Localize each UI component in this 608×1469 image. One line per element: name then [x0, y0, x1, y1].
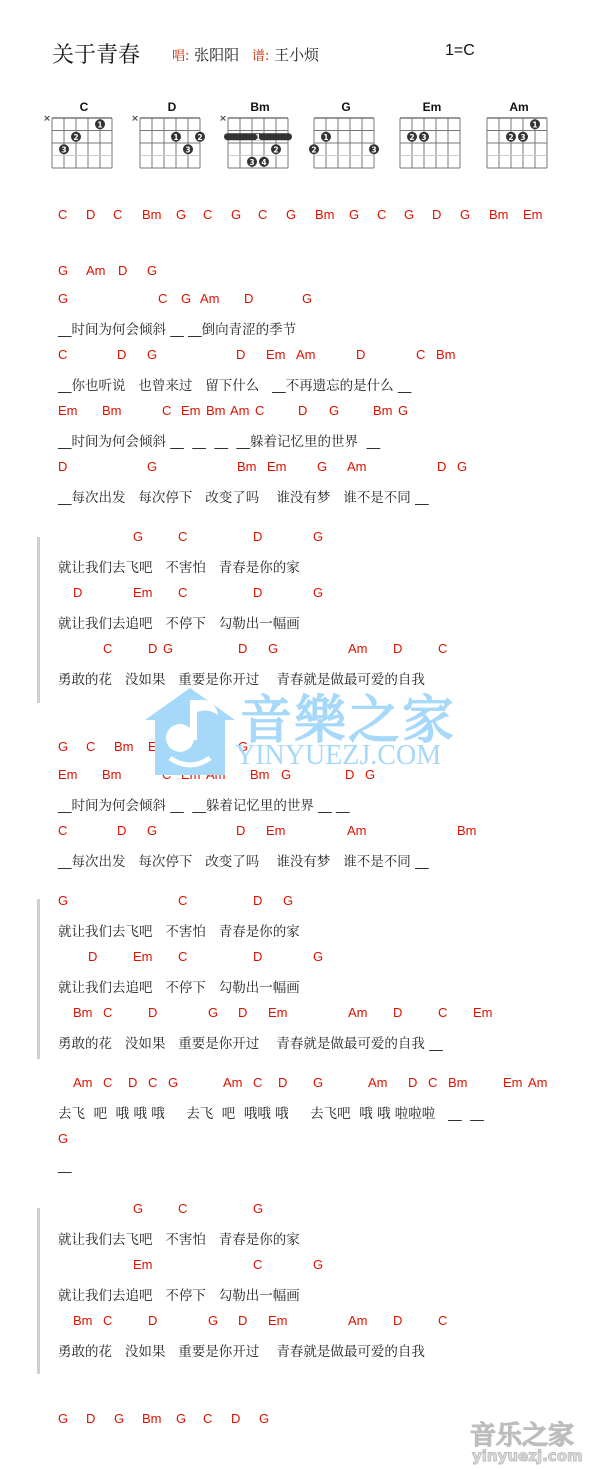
chord-symbol: D [118, 263, 127, 278]
svg-text:3: 3 [371, 145, 376, 154]
chord-symbol: D [253, 585, 262, 600]
chord-symbol: C [178, 1201, 187, 1216]
chord-symbol: Am [348, 1313, 368, 1328]
chord-symbol: G [317, 459, 327, 474]
chord-symbol: G [181, 291, 191, 306]
chord-symbol: C [103, 641, 112, 656]
chord-symbol: D [278, 1075, 287, 1090]
chord-symbol: G [302, 291, 312, 306]
chord-symbol: C [58, 207, 67, 222]
lyric-text: 就让我们去追吧 不停下 勾勒出一幅画 [58, 976, 300, 996]
chord-symbol: G [168, 1075, 178, 1090]
chord-symbol: G [133, 529, 143, 544]
chord-diagram-g: G123 [306, 100, 386, 180]
chord-symbol: C [438, 1313, 447, 1328]
chord-diagram-name: Am [479, 100, 559, 114]
chord-symbol: Bm [237, 459, 257, 474]
svg-text:×: × [132, 114, 139, 124]
lyric-text: __时间为何会倾斜 __ __倒向青涩的季节 [58, 318, 296, 338]
chord-symbol: D [58, 459, 67, 474]
chord-symbol: D [244, 291, 253, 306]
chord-symbol: C [178, 949, 187, 964]
chord-symbol: Bm [315, 207, 335, 222]
chord-symbol: C [158, 291, 167, 306]
chord-symbol: Am [348, 1005, 368, 1020]
chord-symbol: G [313, 1257, 323, 1272]
chord-symbol: G [58, 1131, 68, 1146]
chord-symbol: G [58, 893, 68, 908]
chord-symbol: Em [267, 459, 287, 474]
svg-text:2: 2 [409, 133, 414, 142]
chord-symbol: C [428, 1075, 437, 1090]
chord-symbol: D [88, 949, 97, 964]
lyric-text: 就让我们去追吧 不停下 勾勒出一幅画 [58, 612, 300, 632]
chord-symbol: D [393, 1313, 402, 1328]
chord-symbol: G [176, 1411, 186, 1426]
chord-symbol: C [103, 1313, 112, 1328]
chord-symbol: G [133, 1201, 143, 1216]
svg-text:1: 1 [97, 120, 102, 129]
chord-diagram-am: Am123 [479, 100, 559, 180]
chord-symbol: Am [348, 641, 368, 656]
chord-symbol: C [58, 823, 67, 838]
fretboard-grid: 23 [392, 113, 472, 175]
chord-symbol: G [231, 207, 241, 222]
chord-symbol: Am [347, 459, 367, 474]
chord-symbol: Bm [373, 403, 393, 418]
chord-symbol: Em [523, 207, 543, 222]
chord-symbol: C [438, 1005, 447, 1020]
svg-text:3: 3 [520, 133, 525, 142]
chord-symbol: C [86, 739, 95, 754]
chord-symbol: D [117, 347, 126, 362]
lyric-text: 勇敢的花 没如果 重要是你开过 青春就是做最可爱的自我 [58, 1340, 425, 1360]
transcriber-label: 谱: [252, 49, 269, 64]
svg-text:2: 2 [508, 133, 513, 142]
footer-logo: 音乐之家 yinyuezj.com [470, 1415, 600, 1467]
chord-symbol: G [208, 1313, 218, 1328]
chord-symbol: C [416, 347, 425, 362]
chord-symbol: Am [368, 1075, 388, 1090]
chord-symbol: G [349, 207, 359, 222]
chord-symbol: Bm [102, 767, 122, 782]
chord-symbol: D [148, 641, 157, 656]
lyric-text: __时间为何会倾斜 __ __躲着记忆里的世界 __ __ [58, 794, 349, 814]
svg-text:2: 2 [311, 145, 316, 154]
chord-symbol: G [457, 459, 467, 474]
lyric-text: __时间为何会倾斜 __ __ __ __躲着记忆里的世界 __ [58, 430, 380, 450]
chord-symbol: C [178, 893, 187, 908]
song-title: 关于青春 [52, 38, 140, 69]
chord-symbol: G [253, 1201, 263, 1216]
chord-symbol: Em [133, 585, 153, 600]
chord-symbol: Em [266, 347, 286, 362]
chord-symbol: Bm [114, 739, 134, 754]
chord-symbol: D [128, 1075, 137, 1090]
chord-symbol: G [176, 207, 186, 222]
chord-symbol: G [460, 207, 470, 222]
chord-symbol: D [238, 641, 247, 656]
chord-symbol: D [393, 1005, 402, 1020]
chord-symbol: D [298, 403, 307, 418]
lyric-text: 就让我们去飞吧 不害怕 青春是你的家 [58, 920, 300, 940]
svg-text:3: 3 [185, 145, 190, 154]
lyric-text: __ [58, 1158, 72, 1174]
chord-symbol: C [58, 347, 67, 362]
lyric-text: 勇敢的花 没如果 重要是你开过 青春就是做最可爱的自我 __ [58, 1032, 443, 1052]
lyric-text: __每次出发 每次停下 改变了吗 谁没有梦 谁不是不同 __ [58, 486, 429, 506]
lyric-text: 就让我们去追吧 不停下 勾勒出一幅画 [58, 1284, 300, 1304]
chord-symbol: D [236, 823, 245, 838]
chord-symbol: D [238, 1313, 247, 1328]
chord-symbol: Em [58, 403, 78, 418]
chord-symbol: D [231, 1411, 240, 1426]
chord-symbol: C [203, 1411, 212, 1426]
chord-symbol: G [147, 459, 157, 474]
chord-symbol: D [73, 585, 82, 600]
singer-info: 唱: 张阳阳 [172, 44, 239, 65]
svg-text:1: 1 [173, 133, 178, 142]
chord-symbol: Em [133, 1257, 153, 1272]
lyric-text: 就让我们去飞吧 不害怕 青春是你的家 [58, 556, 300, 576]
chord-diagram-name: G [306, 100, 386, 114]
fretboard-grid: 123 [306, 113, 386, 175]
fretboard-grid: ×123 [44, 113, 124, 175]
svg-text:×: × [220, 114, 227, 124]
chord-symbol: G [259, 1411, 269, 1426]
key-signature: 1=C [445, 42, 475, 60]
chord-diagram-name: Em [392, 100, 472, 114]
chord-symbol: Am [73, 1075, 93, 1090]
chord-symbol: G [286, 207, 296, 222]
chord-symbol: Em [181, 403, 201, 418]
chord-symbol: G [58, 291, 68, 306]
svg-text:2: 2 [73, 133, 78, 142]
chord-symbol: C [377, 207, 386, 222]
fretboard-grid: 123 [479, 113, 559, 175]
chord-symbol: Bm [142, 207, 162, 222]
chord-symbol: C [178, 529, 187, 544]
lyric-text: __你也听说 也曾来过 留下什么 __不再遗忘的是什么 __ [58, 374, 411, 394]
chord-symbol: Em [268, 1005, 288, 1020]
svg-text:3: 3 [421, 133, 426, 142]
chord-symbol: C [148, 1075, 157, 1090]
chord-symbol: Bm [73, 1313, 93, 1328]
chord-symbol: D [86, 207, 95, 222]
chord-symbol: G [147, 347, 157, 362]
chord-symbol: Am [230, 403, 250, 418]
chord-diagram-bm: Bm×1234 [220, 100, 300, 180]
chord-symbol: D [148, 1005, 157, 1020]
chord-symbol: G [313, 949, 323, 964]
chord-symbol: D [253, 529, 262, 544]
chord-symbol: D [86, 1411, 95, 1426]
chord-diagram-name: C [44, 100, 124, 114]
chord-symbol: D [393, 641, 402, 656]
chord-symbol: Am [86, 263, 106, 278]
chord-symbol: Bm [436, 347, 456, 362]
chord-symbol: C [253, 1075, 262, 1090]
fretboard-grid: ×1234 [220, 113, 300, 175]
chord-symbol: Am [223, 1075, 243, 1090]
chord-symbol: D [432, 207, 441, 222]
chord-symbol: D [437, 459, 446, 474]
chord-symbol: G [404, 207, 414, 222]
chord-symbol: D [408, 1075, 417, 1090]
chord-symbol: D [253, 893, 262, 908]
watermark: 音樂之家 YINYUEZJ.COM [140, 680, 470, 780]
lyric-text: 就让我们去飞吧 不害怕 青春是你的家 [58, 1228, 300, 1248]
svg-text:3: 3 [61, 145, 66, 154]
chord-symbol: Bm [142, 1411, 162, 1426]
chord-symbol: Am [296, 347, 316, 362]
chord-symbol: Em [58, 767, 78, 782]
svg-text:2: 2 [197, 133, 202, 142]
chord-symbol: C [253, 1257, 262, 1272]
svg-text:4: 4 [261, 158, 266, 167]
transcriber-info: 谱: 王小烦 [252, 44, 319, 65]
chord-symbol: G [398, 403, 408, 418]
chord-symbol: G [147, 263, 157, 278]
singer-name: 张阳阳 [194, 46, 239, 64]
chorus-marker-bar [37, 537, 40, 703]
chord-symbol: D [238, 1005, 247, 1020]
chord-symbol: Bm [73, 1005, 93, 1020]
chord-symbol: G [147, 823, 157, 838]
chord-symbol: Am [347, 823, 367, 838]
chord-symbol: Bm [448, 1075, 468, 1090]
fretboard-grid: ×123 [132, 113, 212, 175]
chord-symbol: G [329, 403, 339, 418]
chord-symbol: C [255, 403, 264, 418]
chord-symbol: Bm [489, 207, 509, 222]
chord-symbol: G [283, 893, 293, 908]
chord-diagram-name: D [132, 100, 212, 114]
chord-symbol: D [236, 347, 245, 362]
chord-diagram-d: D×123 [132, 100, 212, 180]
chord-symbol: G [114, 1411, 124, 1426]
chord-symbol: C [162, 403, 171, 418]
chord-symbol: Em [503, 1075, 523, 1090]
chord-diagram-c: C×123 [44, 100, 124, 180]
singer-label: 唱: [172, 49, 189, 64]
chorus-marker-bar [37, 899, 40, 1059]
svg-text:1: 1 [255, 133, 261, 142]
chord-symbol: C [258, 207, 267, 222]
chord-symbol: Bm [206, 403, 226, 418]
svg-text:1: 1 [532, 120, 537, 129]
chord-symbol: Em [266, 823, 286, 838]
chord-symbol: Em [133, 949, 153, 964]
chord-symbol: D [117, 823, 126, 838]
chord-symbol: Am [528, 1075, 548, 1090]
chorus-marker-bar [37, 1208, 40, 1374]
chord-symbol: C [103, 1075, 112, 1090]
chord-symbol: C [203, 207, 212, 222]
chord-symbol: G [313, 529, 323, 544]
chord-diagram-name: Bm [220, 100, 300, 114]
chord-symbol: D [356, 347, 365, 362]
lyric-text: __每次出发 每次停下 改变了吗 谁没有梦 谁不是不同 __ [58, 850, 429, 870]
footer-logo-en: yinyuezj.com [472, 1447, 583, 1465]
chord-symbol: C [438, 641, 447, 656]
chord-symbol: C [113, 207, 122, 222]
chord-symbol: D [148, 1313, 157, 1328]
svg-text:×: × [44, 114, 51, 124]
transcriber-name: 王小烦 [274, 46, 319, 64]
chord-symbol: D [253, 949, 262, 964]
chord-symbol: G [58, 263, 68, 278]
chord-symbol: C [103, 1005, 112, 1020]
svg-text:3: 3 [249, 158, 254, 167]
svg-text:2: 2 [273, 145, 278, 154]
chord-symbol: Am [200, 291, 220, 306]
chord-symbol: C [178, 585, 187, 600]
chord-symbol: G [58, 739, 68, 754]
chord-symbol: Em [473, 1005, 493, 1020]
chord-symbol: Bm [102, 403, 122, 418]
chord-diagram-em: Em23 [392, 100, 472, 180]
chord-symbol: G [58, 1411, 68, 1426]
svg-text:1: 1 [323, 133, 328, 142]
chord-symbol: G [268, 641, 278, 656]
chord-symbol: Em [268, 1313, 288, 1328]
chord-symbol: G [163, 641, 173, 656]
chord-symbol: G [313, 1075, 323, 1090]
lyric-text: 去飞 吧 哦 哦 哦 去飞 吧 哦哦 哦 去飞吧 哦 哦 啦啦啦 __ __ [58, 1102, 484, 1122]
chord-symbol: Bm [457, 823, 477, 838]
chord-symbol: G [313, 585, 323, 600]
chord-symbol: G [208, 1005, 218, 1020]
watermark-en: YINYUEZJ.COM [235, 740, 441, 772]
